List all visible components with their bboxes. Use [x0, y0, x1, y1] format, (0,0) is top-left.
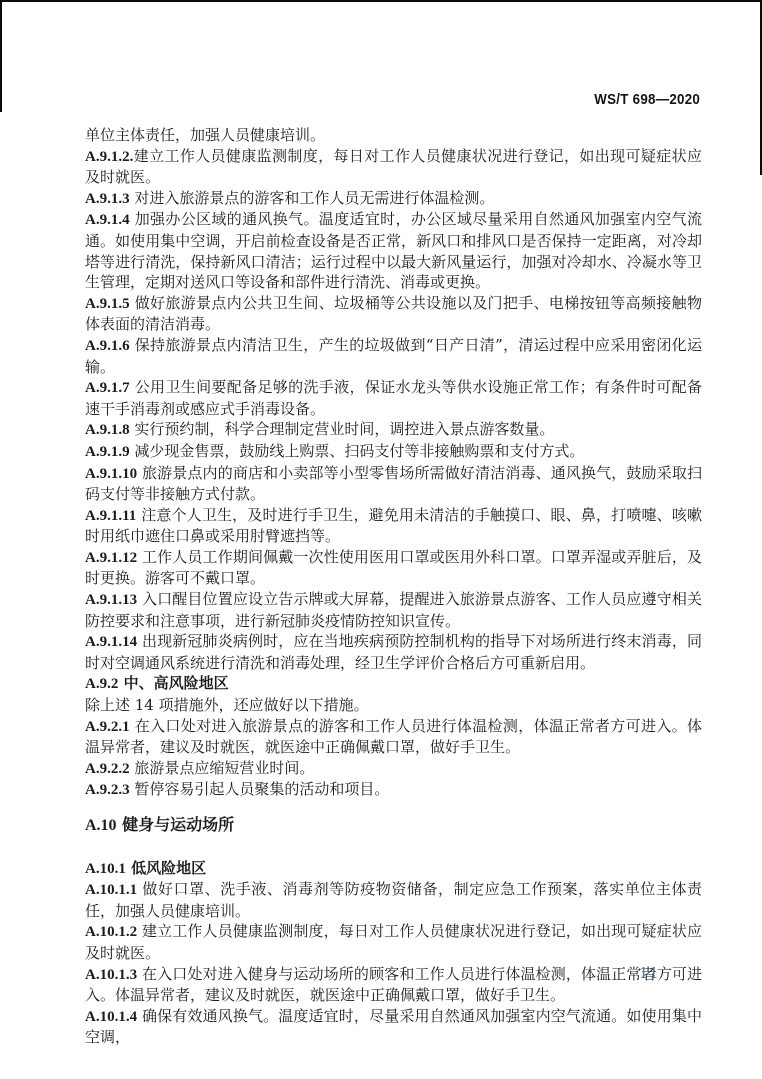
clause-text: 建立工作人员健康监测制度，每日对工作人员健康状况进行登记，如出现可疑症状应及时就… [85, 922, 702, 962]
clause-number: A.9.1.6 [85, 338, 130, 354]
clause-number: A.9.1.10 [85, 466, 137, 482]
clause-text: 确保有效通风换气。温度适宜时，尽量采用自然通风加强室内空气流通。如使用集中空调， [85, 1007, 702, 1047]
clause-text: 做好口罩、洗手液、消毒剂等防疫物资储备，制定应急工作预案，落实单位主体责任，加强… [85, 880, 702, 920]
paragraph-A.10.1.4: A.10.1.4 确保有效通风换气。温度适宜时，尽量采用自然通风加强室内空气流通… [85, 1006, 702, 1048]
paragraph-A.10.1.2: A.10.1.2 建立工作人员健康监测制度，每日对工作人员健康状况进行登记，如出… [85, 921, 702, 963]
clause-number: A.10.1.4 [85, 1009, 137, 1025]
clause-text: 入口醒目位置应设立告示牌或大屏幕，提醒进入旅游景点游客、工作人员应遵守相关防控要… [85, 590, 702, 630]
paragraph-A.9.1.2.: A.9.1.2.建立工作人员健康监测制度，每日对工作人员健康状况进行登记，如出现… [85, 146, 702, 188]
clause-text: 对进入旅游景点的游客和工作人员无需进行体温检测。 [134, 189, 494, 207]
clause-text: 单位主体责任，加强人员健康培训。 [85, 126, 325, 144]
clause-text: 暂停容易引起人员聚集的活动和项目。 [134, 780, 389, 798]
clause-text: 旅游景点应缩短营业时间。 [134, 759, 314, 777]
clause-text: 做好旅游景点内公共卫生间、垃圾桶等公共设施以及门把手、电梯按钮等高频接触物体表面… [85, 294, 702, 334]
clause-number: A.9.1.11 [85, 508, 136, 524]
paragraph-A.9.1.10: A.9.1.10 旅游景点内的商店和小卖部等小型零售场所需做好清洁消毒、通风换气… [85, 463, 702, 505]
clause-number: A.9.1.9 [85, 444, 130, 460]
clause-number: A.9.1.8 [85, 422, 130, 438]
paragraph-A.9.1.8: A.9.1.8 实行预约制，科学合理制定营业时间，调控进入景点游客数量。 [85, 419, 702, 441]
paragraph-A.10.1.3: A.10.1.3 在入口处对进入健身与运动场所的顾客和工作人员进行体温检测，体温… [85, 964, 702, 1006]
clause-text: 除上述 14 项措施外，还应做好以下措施。 [85, 696, 369, 714]
paragraph-A.9.1.5: A.9.1.5 做好旅游景点内公共卫生间、垃圾桶等公共设施以及门把手、电梯按钮等… [85, 293, 702, 335]
clause-number: A.9.2 [85, 676, 118, 692]
paragraph-A.9.2.3: A.9.2.3 暂停容易引起人员聚集的活动和项目。 [85, 779, 702, 801]
paragraph-A.10.1: A.10.1 低风险地区 [85, 858, 702, 880]
clause-text: 在入口处对进入健身与运动场所的顾客和工作人员进行体温检测，体温正常者方可进入。体… [85, 965, 702, 1005]
clause-text: 在入口处对进入旅游景点的游客和工作人员进行体温检测，体温正常者方可进入。体温异常… [85, 717, 702, 757]
standard-number-header: WS/T 698—2020 [594, 92, 700, 108]
clause-number: A.10 [85, 817, 117, 834]
clause-number: A.10.1.1 [85, 882, 137, 898]
clause-text: 中、高风险地区 [124, 674, 229, 692]
clause-number: A.9.1.13 [85, 592, 137, 608]
clause-number: A.9.1.2. [85, 149, 133, 165]
clause-number: A.9.1.5 [85, 296, 130, 312]
paragraph-A.9.1.9: A.9.1.9 减少现金售票，鼓励线上购票、扫码支付等非接触购票和支付方式。 [85, 441, 702, 463]
scan-edge-left [0, 0, 2, 112]
clause-text: 出现新冠肺炎病例时，应在当地疾病预防控制机构的指导下对场所进行终末消毒，同时对空… [85, 632, 702, 672]
clause-number: A.9.1.3 [85, 191, 130, 207]
paragraph-A.9.2: A.9.2 中、高风险地区 [85, 673, 702, 695]
clause-text: 加强办公区域的通风换气。温度适宜时，办公区域尽量采用自然通风加强室内空气流通。如… [85, 210, 702, 291]
clause-number: A.10.1.3 [85, 967, 137, 983]
clause-text: 公用卫生间要配备足够的洗手液，保证水龙头等供水设施正常工作；有条件时可配备速干手… [85, 378, 702, 418]
clause-text: 实行预约制，科学合理制定营业时间，调控进入景点游客数量。 [134, 420, 554, 438]
scan-edge-top [0, 0, 762, 2]
paragraph-A.9.1.7: A.9.1.7 公用卫生间要配备足够的洗手液，保证水龙头等供水设施正常工作；有条… [85, 377, 702, 419]
document-page: { "page": { "header_code": "WS/T 698—202… [0, 0, 762, 1079]
paragraph-A.9.1.13: A.9.1.13 入口醒目位置应设立告示牌或大屏幕，提醒进入旅游景点游客、工作人… [85, 589, 702, 631]
clause-text: 减少现金售票，鼓励线上购票、扫码支付等非接触购票和支付方式。 [134, 442, 584, 460]
clause-number: A.9.2.3 [85, 782, 130, 798]
paragraph-A.9.2.1: A.9.2.1 在入口处对进入旅游景点的游客和工作人员进行体温检测，体温正常者方… [85, 716, 702, 758]
paragraph-A.9.2.2: A.9.2.2 旅游景点应缩短营业时间。 [85, 758, 702, 780]
clause-number: A.10.1 [85, 861, 126, 877]
paragraph-A.10: A.10 健身与运动场所 [85, 815, 702, 837]
clause-number: A.9.2.2 [85, 761, 130, 777]
paragraph-A.9.1.14: A.9.1.14 出现新冠肺炎病例时，应在当地疾病预防控制机构的指导下对场所进行… [85, 631, 702, 673]
paragraph-continuation: 除上述 14 项措施外，还应做好以下措施。 [85, 695, 702, 716]
clause-text: 低风险地区 [131, 859, 206, 877]
clause-text: 注意个人卫生，及时进行手卫生，避免用未清洁的手触摸口、眼、鼻，打喷嚏、咳嗽时用纸… [85, 506, 702, 546]
clause-number: A.9.1.12 [85, 550, 137, 566]
clause-number: A.9.1.14 [85, 634, 137, 650]
paragraph-A.10.1.1: A.10.1.1 做好口罩、洗手液、消毒剂等防疫物资储备，制定应急工作预案，落实… [85, 879, 702, 921]
clause-text: 工作人员工作期间佩戴一次性使用医用口罩或医用外科口罩。口罩弄湿或弄脏后，及时更换… [85, 548, 702, 588]
page-number: 11 [639, 966, 659, 982]
clause-number: A.10.1.2 [85, 924, 137, 940]
paragraph-A.9.1.4: A.9.1.4 加强办公区域的通风换气。温度适宜时，办公区域尽量采用自然通风加强… [85, 209, 702, 292]
clause-number: A.9.2.1 [85, 719, 130, 735]
clause-number: A.9.1.4 [85, 212, 130, 228]
paragraph-A.9.1.3: A.9.1.3 对进入旅游景点的游客和工作人员无需进行体温检测。 [85, 188, 702, 210]
paragraph-A.9.1.11: A.9.1.11 注意个人卫生，及时进行手卫生，避免用未清洁的手触摸口、眼、鼻，… [85, 505, 702, 547]
clause-text: 保持旅游景点内清洁卫生，产生的垃圾做到“日产日清”，清运过程中应采用密闭化运输。 [85, 336, 702, 376]
paragraph-A.9.1.6: A.9.1.6 保持旅游景点内清洁卫生，产生的垃圾做到“日产日清”，清运过程中应… [85, 335, 702, 377]
clause-text: 健身与运动场所 [122, 815, 234, 834]
clause-text: 旅游景点内的商店和小卖部等小型零售场所需做好清洁消毒、通风换气，鼓励采取扫码支付… [85, 464, 702, 504]
paragraph-continuation: 单位主体责任，加强人员健康培训。 [85, 125, 702, 146]
paragraph-A.9.1.12: A.9.1.12 工作人员工作期间佩戴一次性使用医用口罩或医用外科口罩。口罩弄湿… [85, 547, 702, 589]
document-body: 单位主体责任，加强人员健康培训。A.9.1.2.建立工作人员健康监测制度，每日对… [85, 125, 702, 1048]
clause-text: 建立工作人员健康监测制度，每日对工作人员健康状况进行登记，如出现可疑症状应及时就… [85, 147, 702, 187]
clause-number: A.9.1.7 [85, 380, 130, 396]
